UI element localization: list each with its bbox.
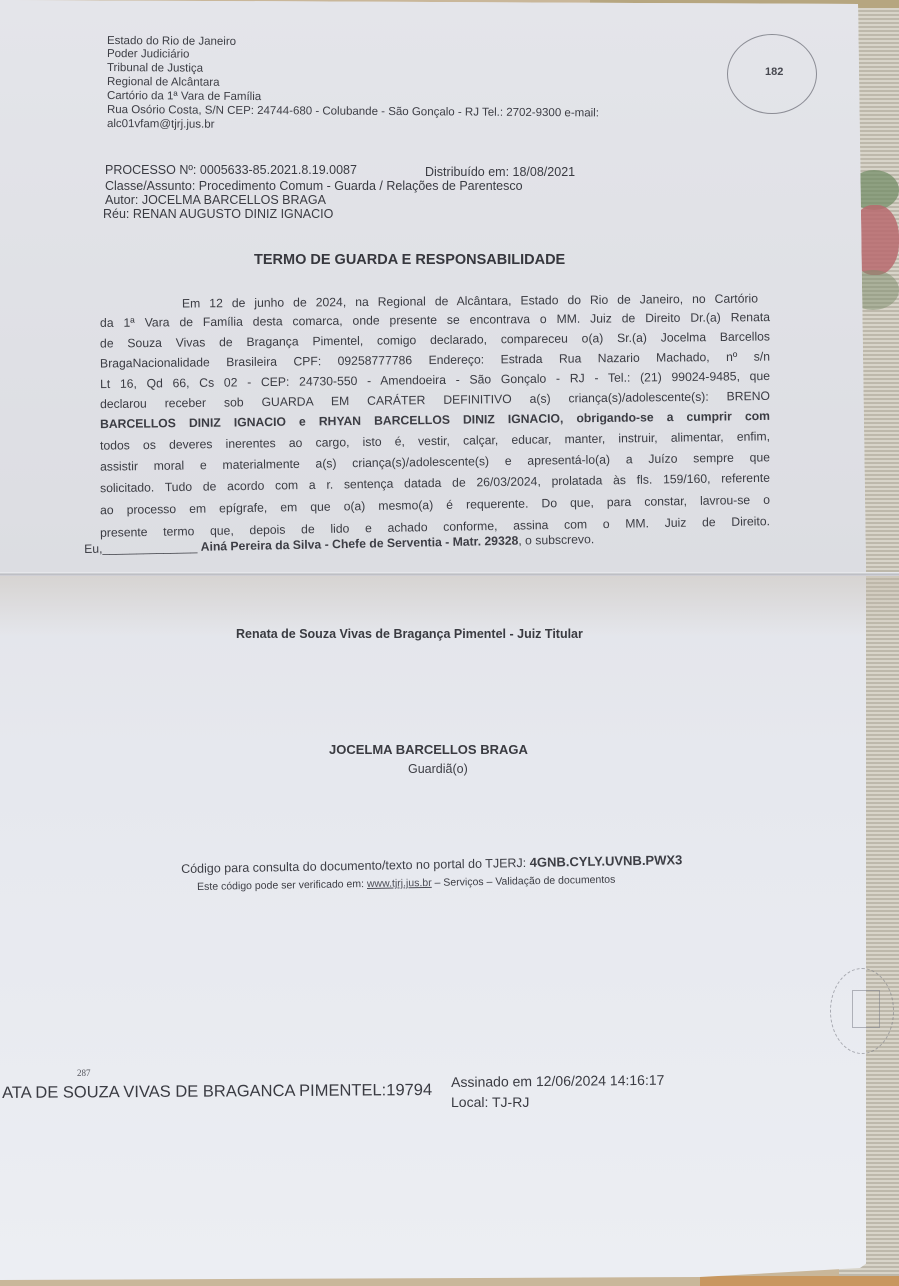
author: Autor: JOCELMA BARCELLOS BRAGA <box>105 194 326 207</box>
digital-signer: ATA DE SOUZA VIVAS DE BRAGANCA PIMENTEL:… <box>2 1081 432 1103</box>
page-number: 182 <box>765 66 783 78</box>
defendant: Réu: RENAN AUGUSTO DINIZ IGNACIO <box>103 208 333 221</box>
verification-code: 4GNB.CYLY.UVNB.PWX3 <box>530 852 683 870</box>
guardian-role: Guardiã(o) <box>408 762 468 776</box>
signed-at: Assinado em 12/06/2024 14:16:17 <box>451 1072 664 1090</box>
process-number: PROCESSO Nº: 0005633-85.2021.8.19.0087 <box>105 164 357 177</box>
class-subject: Classe/Assunto: Procedimento Comum - Gua… <box>105 180 523 193</box>
header-line: Poder Judiciário <box>107 49 190 61</box>
background-surface <box>700 1276 899 1286</box>
header-email: alc01vfam@tjrj.jus.br <box>107 119 215 131</box>
header-line: Estado do Rio de Janeiro <box>107 36 236 48</box>
page-mark: 287 <box>77 1068 91 1078</box>
header-line: Tribunal de Justiça <box>107 63 203 75</box>
subscriber-blank: Eu,______________ <box>84 540 197 556</box>
document-title: TERMO DE GUARDA E RESPONSABILIDADE <box>254 252 565 268</box>
subscriber-suffix: , o subscrevo. <box>518 532 594 547</box>
distribution-date: Distribuído em: 18/08/2021 <box>425 166 575 179</box>
header-line: Regional de Alcântara <box>107 77 220 89</box>
court-seal-emblem-icon <box>852 990 880 1028</box>
header-line: Cartório da 1ª Vara de Família <box>107 91 261 104</box>
guardian-name: JOCELMA BARCELLOS BRAGA <box>329 742 528 757</box>
tjrj-link[interactable]: www.tjrj.jus.br <box>367 877 432 890</box>
signature-location: Local: TJ-RJ <box>451 1094 529 1110</box>
judge-signature: Renata de Souza Vivas de Bragança Piment… <box>236 627 583 641</box>
